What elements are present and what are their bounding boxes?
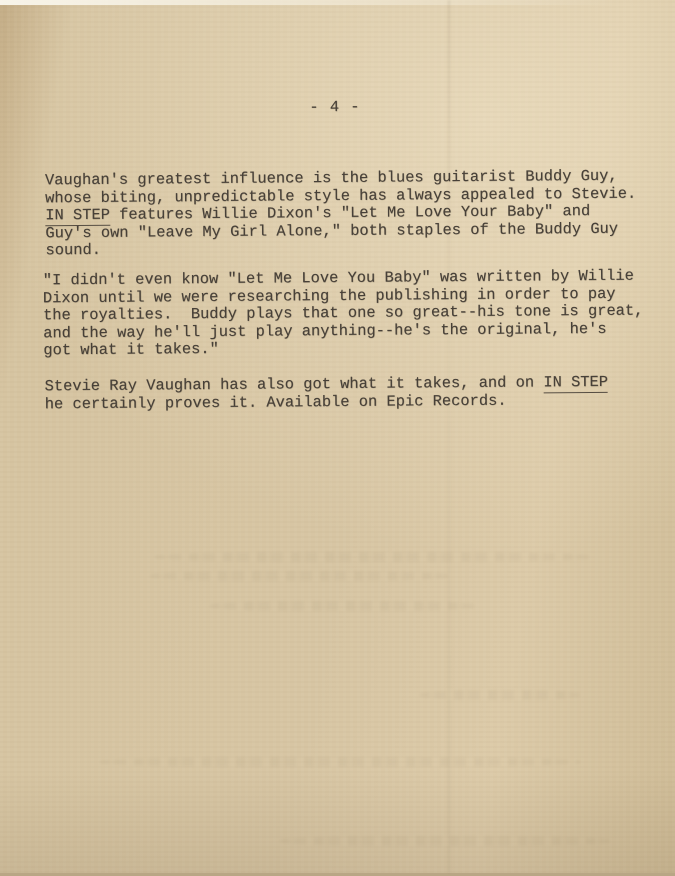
typewritten-text-block: - 4 - Vaughan's greatest influence is th… bbox=[0, 0, 675, 873]
text-line: got what it takes." bbox=[43, 338, 643, 360]
scanned-page: - 4 - Vaughan's greatest influence is th… bbox=[0, 0, 675, 873]
paragraph-vaughan-quote: "I didn't even know "Let Me Love You Bab… bbox=[43, 268, 644, 361]
paragraph-closing: Stevie Ray Vaughan has also got what it … bbox=[45, 374, 609, 414]
page-number: - 4 - bbox=[0, 95, 672, 118]
text-line: he certainly proves it. Available on Epi… bbox=[45, 391, 609, 413]
paragraph-buddy-guy-influence: Vaughan's greatest influence is the blue… bbox=[45, 168, 637, 261]
